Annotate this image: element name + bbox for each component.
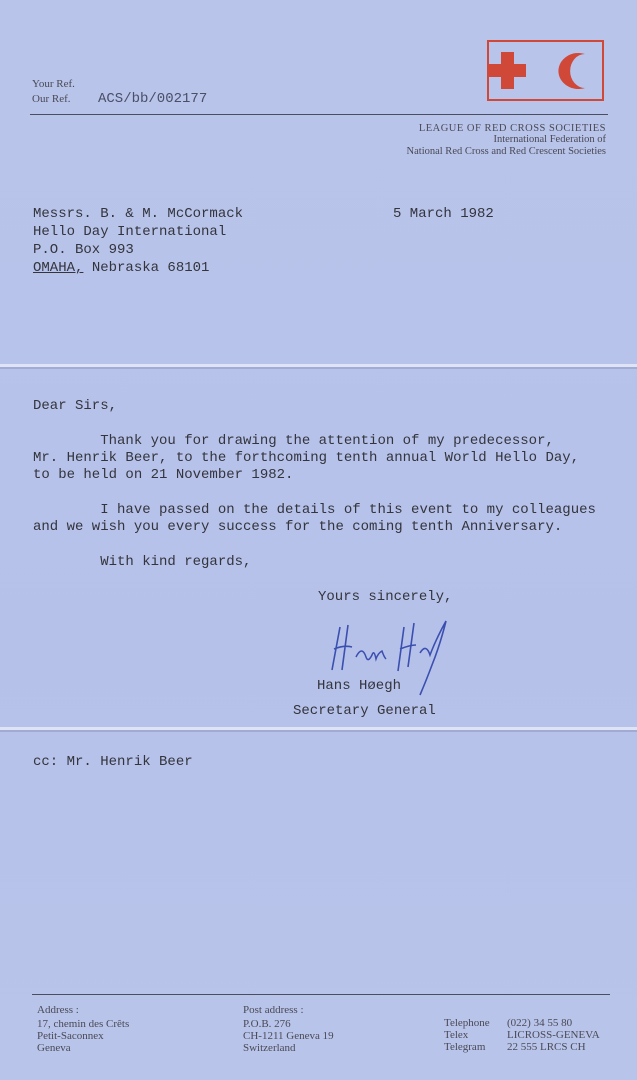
letter-date: 5 March 1982 — [393, 206, 494, 222]
recipient-city: OMAHA, — [33, 260, 83, 276]
signatory-name: Hans Høegh — [317, 678, 401, 694]
header-divider — [30, 114, 608, 115]
your-ref-label: Your Ref. — [32, 78, 75, 90]
telex-value: LICROSS-GENEVA — [507, 1029, 600, 1041]
telephone-value: (022) 34 55 80 — [507, 1017, 572, 1029]
red-cross-crescent-icon — [487, 40, 604, 101]
address-line-2: Petit-Saconnex — [37, 1030, 104, 1042]
footer-divider — [32, 994, 610, 995]
recipient-org: Hello Day International — [33, 224, 226, 240]
org-name: LEAGUE OF RED CROSS SOCIETIES — [419, 123, 606, 134]
telegram-label: Telegram — [444, 1041, 485, 1053]
paragraph-1-line-2: Mr. Henrik Beer, to the forthcoming tent… — [33, 450, 579, 466]
recipient-box: P.O. Box 993 — [33, 242, 134, 258]
letter-page: Your Ref. Our Ref. ACS/bb/002177 LEAGUE … — [0, 0, 637, 1080]
closing: Yours sincerely, — [318, 589, 452, 605]
post-address-line-2: CH-1211 Geneva 19 — [243, 1030, 334, 1042]
telegram-value: 22 555 LRCS CH — [507, 1041, 586, 1053]
paragraph-2-line-1: I have passed on the details of this eve… — [33, 502, 596, 518]
recipient-state-zip: Nebraska 68101 — [83, 260, 209, 276]
post-address-line-1: P.O.B. 276 — [243, 1018, 291, 1030]
address-line-3: Geneva — [37, 1042, 71, 1054]
recipient-city-line: OMAHA, Nebraska 68101 — [33, 260, 209, 276]
telex-label: Telex — [444, 1029, 468, 1041]
our-ref-value: ACS/bb/002177 — [98, 91, 207, 107]
telephone-label: Telephone — [444, 1017, 490, 1029]
post-address-label: Post address : — [243, 1004, 304, 1016]
fold-shadow — [0, 730, 637, 732]
regards-line: With kind regards, — [33, 554, 251, 570]
fold-shadow — [0, 367, 637, 369]
address-label: Address : — [37, 1004, 79, 1016]
salutation: Dear Sirs, — [33, 398, 117, 414]
post-address-line-3: Switzerland — [243, 1042, 296, 1054]
paragraph-1-line-1: Thank you for drawing the attention of m… — [33, 433, 554, 449]
paragraph-1-line-3: to be held on 21 November 1982. — [33, 467, 293, 483]
our-ref-label: Our Ref. — [32, 93, 71, 105]
org-subtitle-2: National Red Cross and Red Crescent Soci… — [407, 146, 606, 157]
signatory-title: Secretary General — [293, 703, 436, 719]
address-line-1: 17, chemin des Crêts — [37, 1018, 129, 1030]
recipient-name: Messrs. B. & M. McCormack — [33, 206, 243, 222]
paragraph-2-line-2: and we wish you every success for the co… — [33, 519, 562, 535]
org-subtitle-1: International Federation of — [493, 134, 606, 145]
cc-line: cc: Mr. Henrik Beer — [33, 754, 193, 770]
